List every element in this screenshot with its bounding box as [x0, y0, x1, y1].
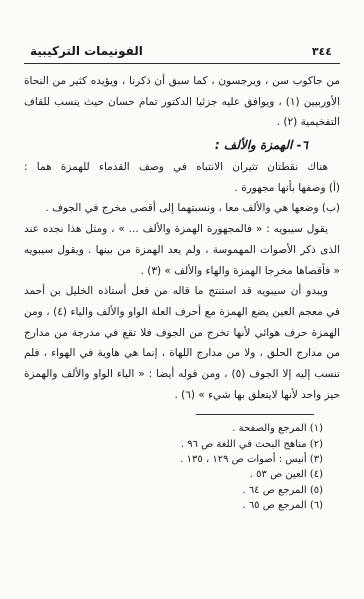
footnote-line: (٣) أنيس : أصوات ص ١٢٩ ، ١٣٥ . — [24, 452, 323, 467]
text-line: يقول سيبويه : « فالمجهورة الهمزة والألف … — [24, 219, 340, 240]
footnote-line: (٥) المرجع ص ٦٤ . — [24, 483, 323, 498]
footnote-line: (٢) مناهج البحث في اللغة ص ٩٦ . — [24, 437, 323, 452]
text-line: حيز واحد لأنها لايتعلق بها شيء » (٦) . — [24, 385, 340, 406]
footnote-line: (٤) العين ص ٥٣ . — [24, 467, 323, 482]
footnote-line: (١) المرجع والصفحة . — [24, 421, 323, 436]
text-line: في معجم العين يضع الهمزة مع أحرف العلة ا… — [24, 302, 340, 323]
text-line: الذى ذكر الأصوات المهموسة ، ولم يعد الهم… — [24, 240, 340, 261]
text-line: الهمزة حرف هوائي لأنها تخرج من الجوف فلا… — [24, 323, 340, 344]
footnotes-block: (١) المرجع والصفحة . (٢) مناهج البحث في … — [24, 421, 340, 513]
running-title: الفونيمات التركيبية — [30, 44, 143, 58]
text-line: من جاكوب سن ، ويرجسون ، كما سبق أن ذكرنا… — [24, 71, 340, 92]
text-line: الأوربيين (١) ، ويوافق عليه جزئيا الدكتو… — [24, 92, 340, 113]
text-line: التفخيمية (٢) . — [24, 112, 340, 133]
text-line: ويبدو أن سيبويه قد استنتج ما قاله من فعل… — [24, 281, 340, 302]
book-page: ٣٤٤ الفونيمات التركيبية من جاكوب سن ، وي… — [0, 0, 364, 599]
list-item-b: (ب) وضعها هي والألف معا ، ونسبتهما إلى أ… — [24, 198, 340, 219]
text-line: هناك نقطتان تثيران الانتباه في وصف القدم… — [24, 157, 340, 178]
text-line: « فأقصاها مخرجا الهمزة والهاء والألف » (… — [24, 261, 340, 282]
page-number: ٣٤٤ — [312, 45, 332, 58]
page-body: من جاكوب سن ، ويرجسون ، كما سبق أن ذكرنا… — [24, 71, 340, 405]
section-heading: ٦- الهمزة والألف : — [24, 134, 340, 156]
page-header: ٣٤٤ الفونيمات التركيبية — [24, 44, 340, 64]
text-line: من مدارج الحلق ، ولا من مدارج اللهاة ، إ… — [24, 343, 340, 364]
footnote-line: (٦) المرجع ص ٦٥ . — [24, 498, 323, 513]
text-line: تنسب إليه إلا الجوف (٥) ، ومن قوله أيضا … — [24, 364, 340, 385]
footnote-separator — [196, 414, 314, 415]
list-item-a: (أ) وصفها بأنها مجهورة . — [24, 178, 340, 199]
